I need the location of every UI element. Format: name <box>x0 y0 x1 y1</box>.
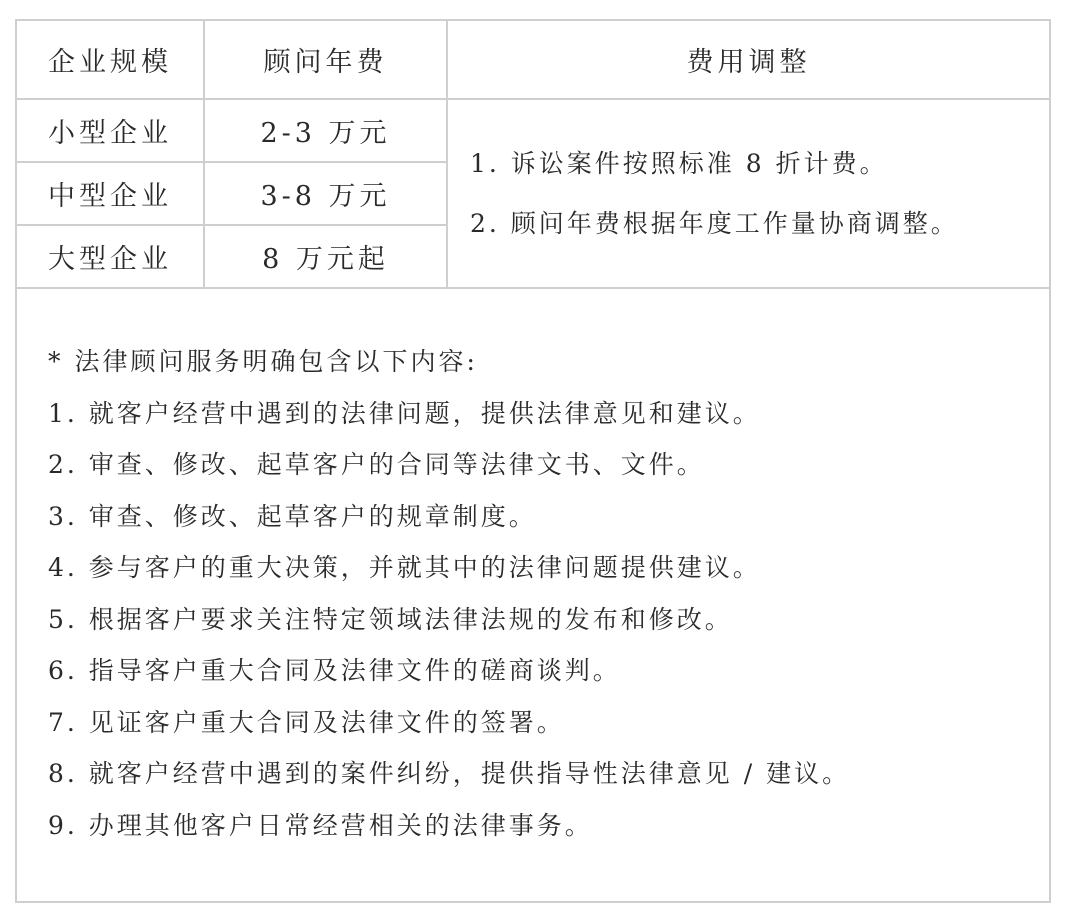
cell-annual-fee: 3-8 万元 <box>204 162 447 225</box>
fee-table: 企业规模 顾问年费 费用调整 小型企业 2-3 万元 1. 诉讼案件按照标准 8… <box>17 21 1049 289</box>
header-company-size: 企业规模 <box>17 21 204 99</box>
fee-document-frame: 企业规模 顾问年费 费用调整 小型企业 2-3 万元 1. 诉讼案件按照标准 8… <box>15 19 1051 903</box>
table-header-row: 企业规模 顾问年费 费用调整 <box>17 21 1049 99</box>
cell-company-size: 大型企业 <box>17 225 204 288</box>
table-row: 小型企业 2-3 万元 1. 诉讼案件按照标准 8 折计费。 2. 顾问年费根据… <box>17 99 1049 162</box>
cell-fee-adjustments: 1. 诉讼案件按照标准 8 折计费。 2. 顾问年费根据年度工作量协商调整。 <box>447 99 1049 288</box>
adjustment-item: 1. 诉讼案件按照标准 8 折计费。 <box>470 134 1049 194</box>
header-annual-fee: 顾问年费 <box>204 21 447 99</box>
header-fee-adjustment: 费用调整 <box>447 21 1049 99</box>
services-title: * 法律顾问服务明确包含以下内容: <box>48 336 850 388</box>
service-item: 8. 就客户经营中遇到的案件纠纷，提供指导性法律意见 / 建议。 <box>48 748 850 800</box>
service-item: 4. 参与客户的重大决策，并就其中的法律问题提供建议。 <box>48 542 850 594</box>
service-item: 2. 审查、修改、起草客户的合同等法律文书、文件。 <box>48 439 850 491</box>
service-item: 9. 办理其他客户日常经营相关的法律事务。 <box>48 800 850 852</box>
cell-company-size: 中型企业 <box>17 162 204 225</box>
cell-company-size: 小型企业 <box>17 99 204 162</box>
service-item: 7. 见证客户重大合同及法律文件的签署。 <box>48 697 850 749</box>
cell-annual-fee: 2-3 万元 <box>204 99 447 162</box>
service-item: 5. 根据客户要求关注特定领域法律法规的发布和修改。 <box>48 594 850 646</box>
service-item: 6. 指导客户重大合同及法律文件的磋商谈判。 <box>48 645 850 697</box>
cell-annual-fee: 8 万元起 <box>204 225 447 288</box>
service-item: 1. 就客户经营中遇到的法律问题，提供法律意见和建议。 <box>48 388 850 440</box>
services-list: * 法律顾问服务明确包含以下内容: 1. 就客户经营中遇到的法律问题，提供法律意… <box>48 336 850 851</box>
adjustment-item: 2. 顾问年费根据年度工作量协商调整。 <box>470 194 1049 254</box>
service-item: 3. 审查、修改、起草客户的规章制度。 <box>48 491 850 543</box>
